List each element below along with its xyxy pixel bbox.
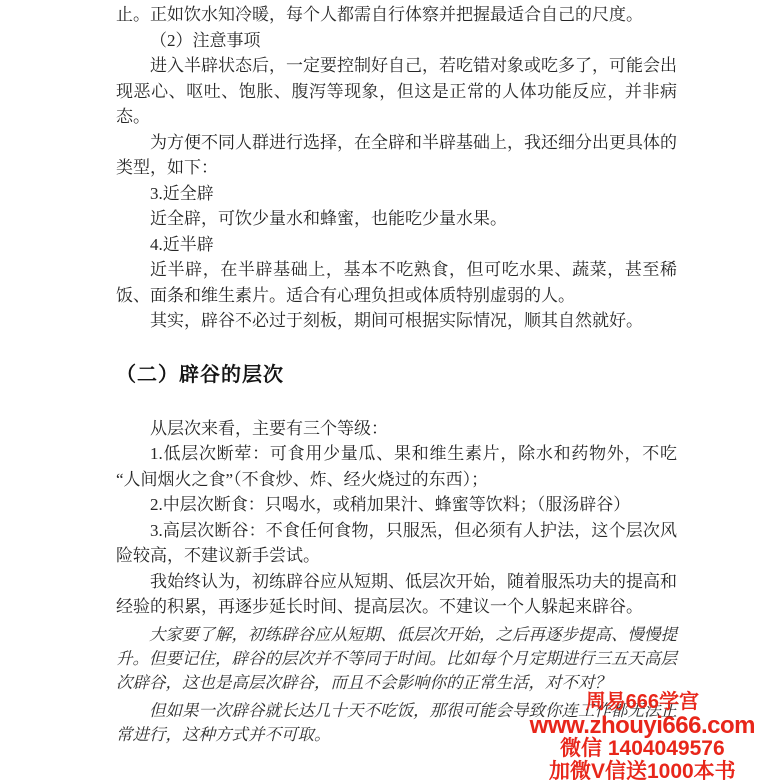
watermark: 周易666学宫 www.zhouyi666.com 微信 1404049576 … [530,691,755,780]
paragraph-kai-style: 大家要了解，初练辟谷应从短期、低层次开始，之后再逐步提高、慢慢提升。但要记住，辟… [116,623,677,695]
paragraph: 进入半辟状态后，一定要控制好自己，若吃错对象或吃多了，可能会出现恶心、呕吐、饱胀… [116,53,677,130]
section-heading: （二）辟谷的层次 [116,361,677,390]
paragraph: 其实，辟谷不必过于刻板，期间可根据实际情况，顺其自然就好。 [116,308,677,334]
list-item-high-level: 3.高层次断谷：不食任何食物，只服炁，但必须有人护法，这个层次风险较高，不建议新… [116,518,677,569]
list-item-near-full-fast: 3.近全辟 [116,181,677,207]
watermark-promo-text: 加微V信送1000本书 [530,760,755,780]
watermark-url: www.zhouyi666.com [530,714,755,737]
list-item-mid-level: 2.中层次断食：只喝水，或稍加果汁、蜂蜜等饮料；（服汤辟谷） [116,492,677,518]
watermark-wechat-id: 微信 1404049576 [530,737,755,760]
paragraph: 近半辟，在半辟基础上，基本不吃熟食，但可吃水果、蔬菜，甚至稀饭、面条和维生素片。… [116,257,677,308]
list-item-near-half-fast: 4.近半辟 [116,232,677,258]
watermark-site-name: 周易666学宫 [530,691,755,714]
paragraph: 为方便不同人群进行选择，在全辟和半辟基础上，我还细分出更具体的类型，如下： [116,130,677,181]
scanned-document-page: 止。正如饮水知冷暖，每个人都需自行体察并把握最适合自己的尺度。 （2）注意事项 … [0,0,757,780]
paragraph: 我始终认为，初练辟谷应从短期、低层次开始，随着服炁功夫的提高和经验的积累，再逐步… [116,569,677,620]
paragraph-continuation: 止。正如饮水知冷暖，每个人都需自行体察并把握最适合自己的尺度。 [116,2,677,28]
subheading-notes: （2）注意事项 [116,28,677,54]
paragraph: 从层次来看，主要有三个等级： [116,416,677,442]
paragraph: 近全辟，可饮少量水和蜂蜜，也能吃少量水果。 [116,206,677,232]
list-item-low-level: 1.低层次断荤：可食用少量瓜、果和维生素片，除水和药物外，不吃“人间烟火之食”（… [116,441,677,492]
document-text-block: 止。正如饮水知冷暖，每个人都需自行体察并把握最适合自己的尺度。 （2）注意事项 … [116,2,677,747]
